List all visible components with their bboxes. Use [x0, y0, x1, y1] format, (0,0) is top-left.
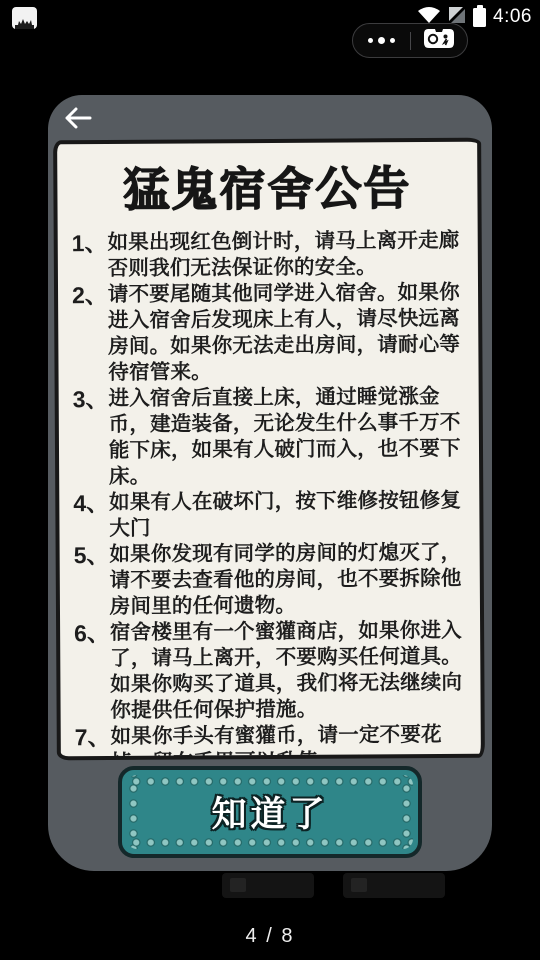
rule-item: 5、 如果你发现有同学的房间的灯熄灭了，请不要去查看他的房间，也不要拆除他房间里… — [68, 540, 472, 620]
rule-item: 7、 如果你手头有蜜獾币，请一定不要花掉，留在手里可以升值。 — [69, 722, 473, 761]
rule-item: 3、 进入宿舍后直接上床，通过睡觉涨金币，建造装备，无论发生什么事千万不能下床，… — [67, 384, 472, 490]
rule-number: 5、 — [68, 542, 110, 568]
gamepad-icon — [424, 27, 454, 54]
rule-text: 请不要尾随其他同学进入宿舍。如果你进入宿舍后发现床上有人，请尽快远离房间。如果你… — [108, 280, 471, 386]
notice-title: 猛鬼宿舍公告 — [65, 152, 469, 220]
rule-text: 宿舍楼里有一个蜜獾商店，如果你进入了，请马上离开，不要购买任何道具。如果你购买了… — [110, 618, 473, 724]
notice-paper: 猛鬼宿舍公告 1、 如果出现红色倒计时，请马上离开走廊否则我们无法保证你的安全。… — [53, 138, 485, 761]
three-dots-icon — [378, 37, 385, 44]
page-indicator: 4 / 8 — [0, 925, 540, 948]
rule-number: 7、 — [69, 724, 111, 750]
rule-text: 如果出现红色倒计时，请马上离开走廊否则我们无法保证你的安全。 — [107, 228, 470, 282]
rule-number: 1、 — [66, 230, 108, 256]
notice-panel: 猛鬼宿舍公告 1、 如果出现红色倒计时，请马上离开走廊否则我们无法保证你的安全。… — [48, 95, 492, 871]
rule-item: 1、 如果出现红色倒计时，请马上离开走廊否则我们无法保证你的安全。 — [66, 228, 470, 282]
rule-item: 6、 宿舍楼里有一个蜜獾商店，如果你进入了，请马上离开，不要购买任何道具。如果你… — [68, 618, 473, 724]
rule-number: 6、 — [68, 620, 110, 646]
confirm-button[interactable]: 知道了 — [118, 766, 422, 858]
rule-number: 2、 — [66, 282, 108, 308]
rules-list: 1、 如果出现红色倒计时，请马上离开走廊否则我们无法保证你的安全。 2、 请不要… — [66, 228, 474, 761]
screenshot-thumbnail-icon — [12, 7, 37, 29]
rule-item: 2、 请不要尾随其他同学进入宿舍。如果你进入宿舍后发现床上有人，请尽快远离房间。… — [66, 280, 471, 386]
status-time: 4:06 — [493, 6, 532, 28]
three-dots-icon — [368, 38, 373, 43]
battery-icon — [473, 8, 486, 27]
back-arrow-icon — [63, 106, 93, 133]
more-options-button[interactable] — [353, 24, 410, 57]
rule-item: 4、 如果有人在破坏门，按下维修按钮修复大门 — [67, 488, 471, 542]
back-button[interactable] — [58, 101, 98, 137]
rule-text: 进入宿舍后直接上床，通过睡觉涨金币，建造装备，无论发生什么事千万不能下床，如果有… — [108, 384, 471, 490]
screen: 4:06 — [0, 0, 540, 960]
exit-game-button[interactable] — [411, 24, 468, 57]
confirm-button-label: 知道了 — [211, 787, 328, 837]
rule-text: 如果你手头有蜜獾币，请一定不要花掉，留在手里可以升值。 — [110, 722, 473, 761]
rule-text: 如果你发现有同学的房间的灯熄灭了，请不要去查看他的房间，也不要拆除他房间里的任何… — [109, 540, 472, 620]
three-dots-icon — [390, 38, 395, 43]
rule-text: 如果有人在破坏门，按下维修按钮修复大门 — [109, 488, 472, 542]
dimmed-game-ui — [343, 873, 445, 898]
rule-number: 3、 — [67, 386, 109, 412]
rule-number: 4、 — [67, 490, 109, 516]
dimmed-game-ui — [222, 873, 314, 898]
minigame-capsule — [352, 23, 468, 58]
